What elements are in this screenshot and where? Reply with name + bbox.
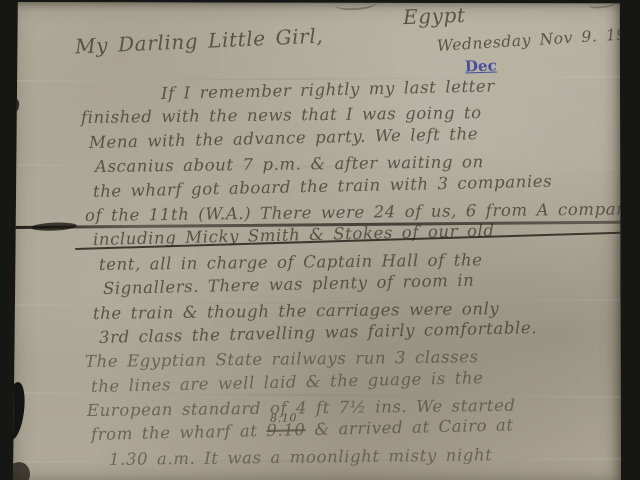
letter-body: If I remember rightly my last letter fin…: [73, 82, 621, 472]
letter-place: Egypt: [403, 3, 466, 29]
cut-off-text-trace: [335, 2, 378, 11]
letter-date: Wednesday Nov 9. 1914: [436, 24, 621, 55]
inserted-time: 8.10: [270, 407, 297, 432]
letter-line: 1.30 a.m. It was a moonlight misty night: [109, 441, 621, 472]
letter-page: Egypt My Darling Little Girl, Wednesday …: [13, 2, 621, 480]
edge-smudge: [13, 462, 30, 480]
date-annotation-dec: Dec: [465, 56, 497, 75]
time-correction: 8.109.10: [266, 419, 306, 444]
correction-prefix: from the wharf at: [91, 421, 267, 444]
correction-suffix: & arrived at Cairo at: [305, 416, 514, 440]
scanned-letter-photo: Egypt My Darling Little Girl, Wednesday …: [0, 0, 640, 480]
cut-off-text-trace: [588, 2, 619, 10]
letter-salutation: My Darling Little Girl,: [75, 24, 324, 59]
torn-edge-notch: [13, 381, 28, 441]
edge-smudge: [13, 97, 21, 115]
